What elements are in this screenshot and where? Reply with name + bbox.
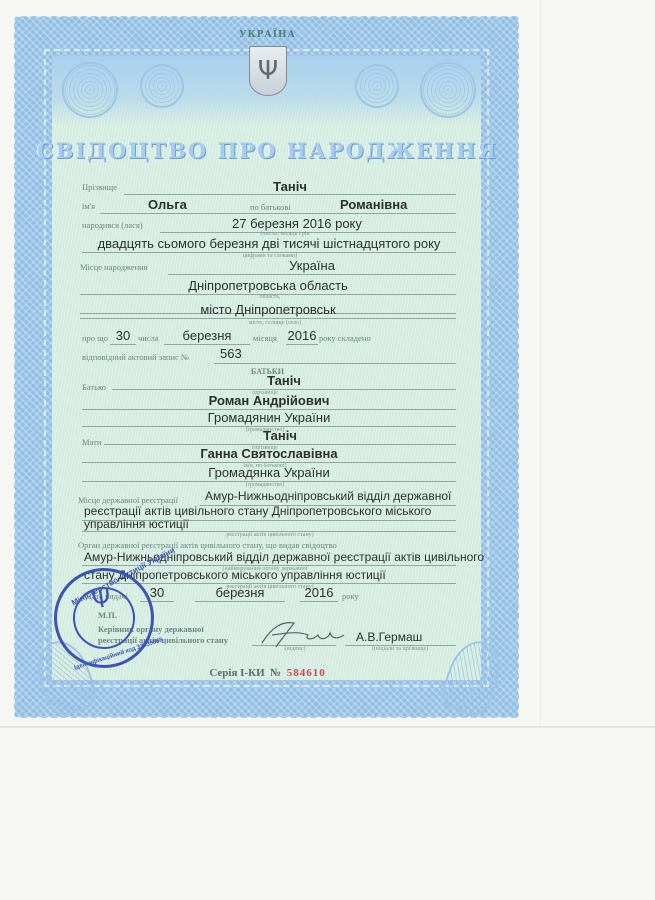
mother-citizenship-value: Громадянка України bbox=[82, 466, 456, 480]
official-name-value: А.В.Гермаш bbox=[356, 630, 422, 644]
issue-month-value: березня bbox=[195, 586, 285, 600]
issue-year-label: року bbox=[342, 591, 359, 601]
birthplace-city-caption: місто, селище (село) bbox=[220, 320, 330, 326]
record-month-value: березня bbox=[164, 329, 250, 343]
father-label: Батько bbox=[82, 382, 106, 392]
signature-icon bbox=[258, 617, 348, 649]
surname-line bbox=[124, 194, 456, 195]
record-day-value: 30 bbox=[110, 329, 136, 343]
series-label: Серія І-КИ bbox=[209, 667, 264, 679]
birthplace-city-value: місто Дніпропетровськ bbox=[80, 303, 456, 317]
issue-year-value: 2016 bbox=[300, 586, 338, 600]
birthplace-label: Місце народження bbox=[80, 262, 148, 272]
official-name-caption: (ініціали та прізвище) bbox=[350, 646, 450, 652]
registration-place-value3: управління юстиції bbox=[84, 517, 189, 531]
record-month-label: місяця bbox=[253, 333, 277, 343]
record-year-line bbox=[286, 344, 318, 345]
registration-place-value2: реєстрації актів цивільного стану Дніпро… bbox=[84, 504, 431, 518]
birthplace-country-value: Україна bbox=[168, 259, 456, 273]
record-year-label: року складено bbox=[319, 333, 371, 343]
birthplace-region-value: Дніпропетровська область bbox=[80, 279, 456, 293]
mother-name-value: Ганна Святославівна bbox=[82, 447, 456, 461]
country-label: УКРАЇНА bbox=[0, 30, 535, 40]
issue-month-line bbox=[195, 601, 285, 602]
record-year-value: 2016 bbox=[286, 329, 318, 343]
record-number-value: 563 bbox=[220, 347, 242, 361]
birthplace-city-line bbox=[80, 318, 456, 319]
paper-fold bbox=[0, 726, 655, 728]
name-value: Ольга bbox=[148, 198, 187, 212]
father-citizenship-value: Громадянин України bbox=[82, 411, 456, 425]
born-words-value: двадцять сьомого березня дві тисячі шіст… bbox=[82, 237, 456, 251]
issuer-label: Орган державної реєстрації актів цивільн… bbox=[78, 540, 337, 550]
name-label: ім'я bbox=[82, 201, 95, 211]
father-surname-value: Таніч bbox=[112, 374, 456, 388]
record-number-line bbox=[214, 363, 456, 364]
mother-citizenship-caption: (громадянство) bbox=[230, 482, 300, 488]
father-name-value: Роман Андрійович bbox=[82, 394, 456, 408]
birthplace-country-line bbox=[168, 274, 456, 275]
surname-value: Таніч bbox=[124, 180, 456, 194]
paper-edge bbox=[540, 0, 541, 725]
name-line bbox=[100, 213, 456, 214]
registration-place-caption: реєстрації актів цивільного стану) bbox=[210, 532, 330, 538]
born-label: народився (лася) bbox=[82, 220, 143, 230]
issue-year-line bbox=[300, 601, 338, 602]
record-day-line bbox=[110, 344, 136, 345]
trident-icon: Ψ bbox=[249, 46, 287, 96]
number-sign: № bbox=[270, 667, 281, 679]
record-month-line bbox=[164, 344, 250, 345]
record-prefix-label: про що bbox=[82, 333, 108, 343]
registration-place-value1: Амур-Нижньодніпровський відділ державної bbox=[205, 489, 451, 503]
surname-label: Прізвище bbox=[82, 182, 117, 192]
record-number-label: відповідний актовий запис № bbox=[82, 352, 189, 362]
record-day-label: числа bbox=[138, 333, 159, 343]
patronymic-label: по батькові bbox=[250, 202, 291, 212]
mother-surname-value: Таніч bbox=[104, 429, 456, 443]
document-title: Свідоцтво про народження bbox=[0, 138, 535, 163]
series-number-value: 584610 bbox=[287, 667, 326, 679]
patronymic-value: Романівна bbox=[340, 198, 407, 212]
mother-label: Мати bbox=[82, 437, 101, 447]
birthplace-region-caption: область, bbox=[230, 294, 310, 300]
series-number: Серія І-КИ № 584610 bbox=[0, 667, 535, 679]
born-date-value: 27 березня 2016 року bbox=[232, 217, 362, 231]
